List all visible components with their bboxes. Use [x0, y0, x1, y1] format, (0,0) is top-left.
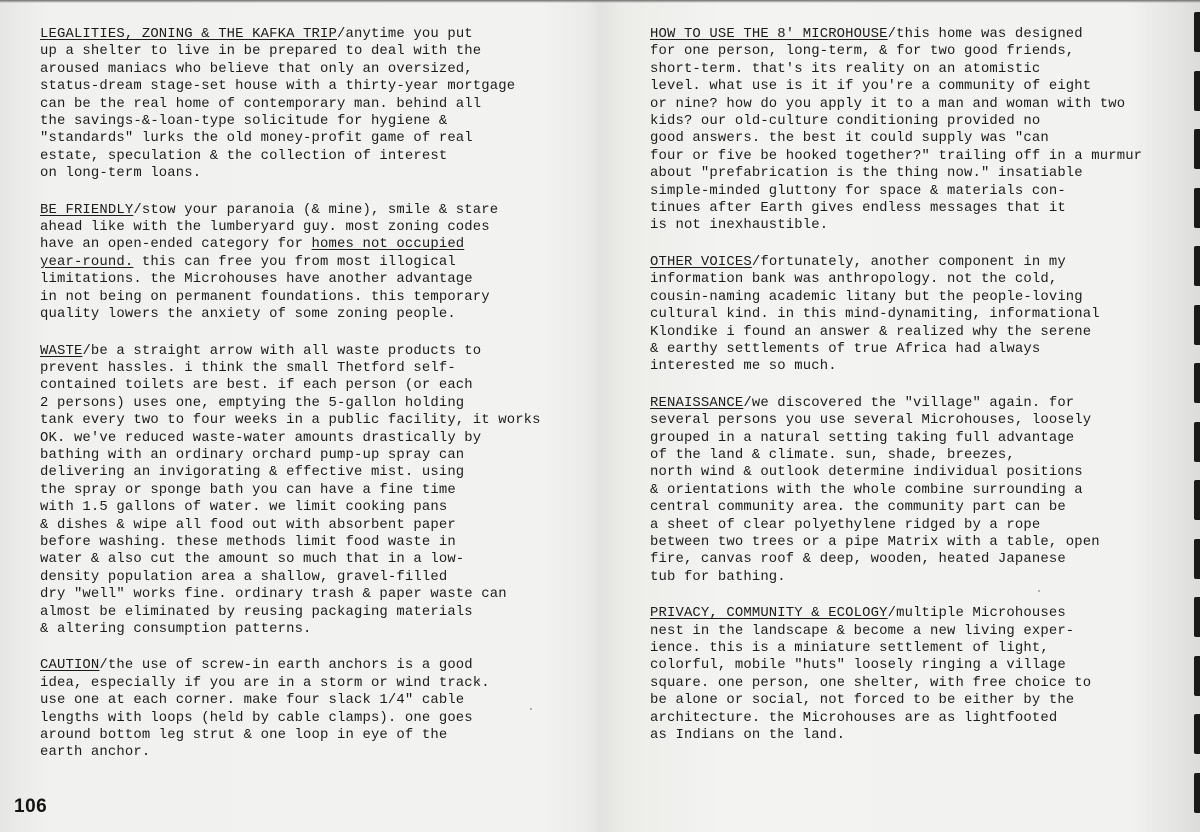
section-heading: BE FRIENDLY	[40, 202, 133, 218]
paper-speck	[1038, 590, 1040, 592]
binding-ring	[1194, 480, 1200, 520]
underlined-phrase: homes not occupied	[312, 236, 465, 252]
section-how-to-use-the-8-microhouse: HOW TO USE THE 8' MICROHOUSE/this home w…	[650, 26, 1190, 235]
binding-ring	[1194, 597, 1200, 637]
section-be-friendly: BE FRIENDLY/stow your paranoia (& mine),…	[40, 202, 600, 324]
section-renaissance: RENAISSANCE/we discovered the "village" …	[650, 395, 1190, 586]
section-heading: PRIVACY, COMMUNITY & ECOLOGY	[650, 605, 888, 621]
section-privacy-community-ecology: PRIVACY, COMMUNITY & ECOLOGY/multiple Mi…	[650, 605, 1190, 744]
binding-ring	[1194, 773, 1200, 813]
section-other-voices: OTHER VOICES/fortunately, another compon…	[650, 254, 1190, 376]
page-number: 106	[14, 796, 47, 818]
binding-ring	[1194, 246, 1200, 286]
section-waste: WASTE/be a straight arrow with all waste…	[40, 343, 600, 639]
section-heading: RENAISSANCE	[650, 395, 743, 411]
section-heading: LEGALITIES, ZONING & THE KAFKA TRIP	[40, 26, 337, 42]
top-page-edge	[0, 0, 1200, 3]
binding-ring	[1194, 539, 1200, 579]
binding-ring	[1194, 656, 1200, 696]
section-heading: CAUTION	[40, 657, 99, 673]
right-page: HOW TO USE THE 8' MICROHOUSE/this home w…	[650, 26, 1190, 763]
binding-ring	[1194, 363, 1200, 403]
binding-ring	[1194, 188, 1200, 228]
section-heading: HOW TO USE THE 8' MICROHOUSE	[650, 26, 888, 42]
binding-ring	[1194, 71, 1200, 111]
binding-ring	[1194, 12, 1200, 52]
left-page: LEGALITIES, ZONING & THE KAFKA TRIP/anyt…	[40, 26, 600, 781]
section-heading: OTHER VOICES	[650, 254, 752, 270]
binding-ring	[1194, 422, 1200, 462]
binding-ring	[1194, 305, 1200, 345]
section-legalities-zoning-the-kafka-trip: LEGALITIES, ZONING & THE KAFKA TRIP/anyt…	[40, 26, 600, 183]
section-caution: CAUTION/the use of screw-in earth anchor…	[40, 657, 600, 761]
binding-ring	[1194, 129, 1200, 169]
binding-ring	[1194, 714, 1200, 754]
section-heading: WASTE	[40, 343, 82, 359]
paper-speck	[478, 680, 480, 682]
underlined-phrase: year-round.	[40, 254, 133, 270]
spiral-binding	[1192, 0, 1200, 832]
paper-speck	[530, 708, 532, 710]
